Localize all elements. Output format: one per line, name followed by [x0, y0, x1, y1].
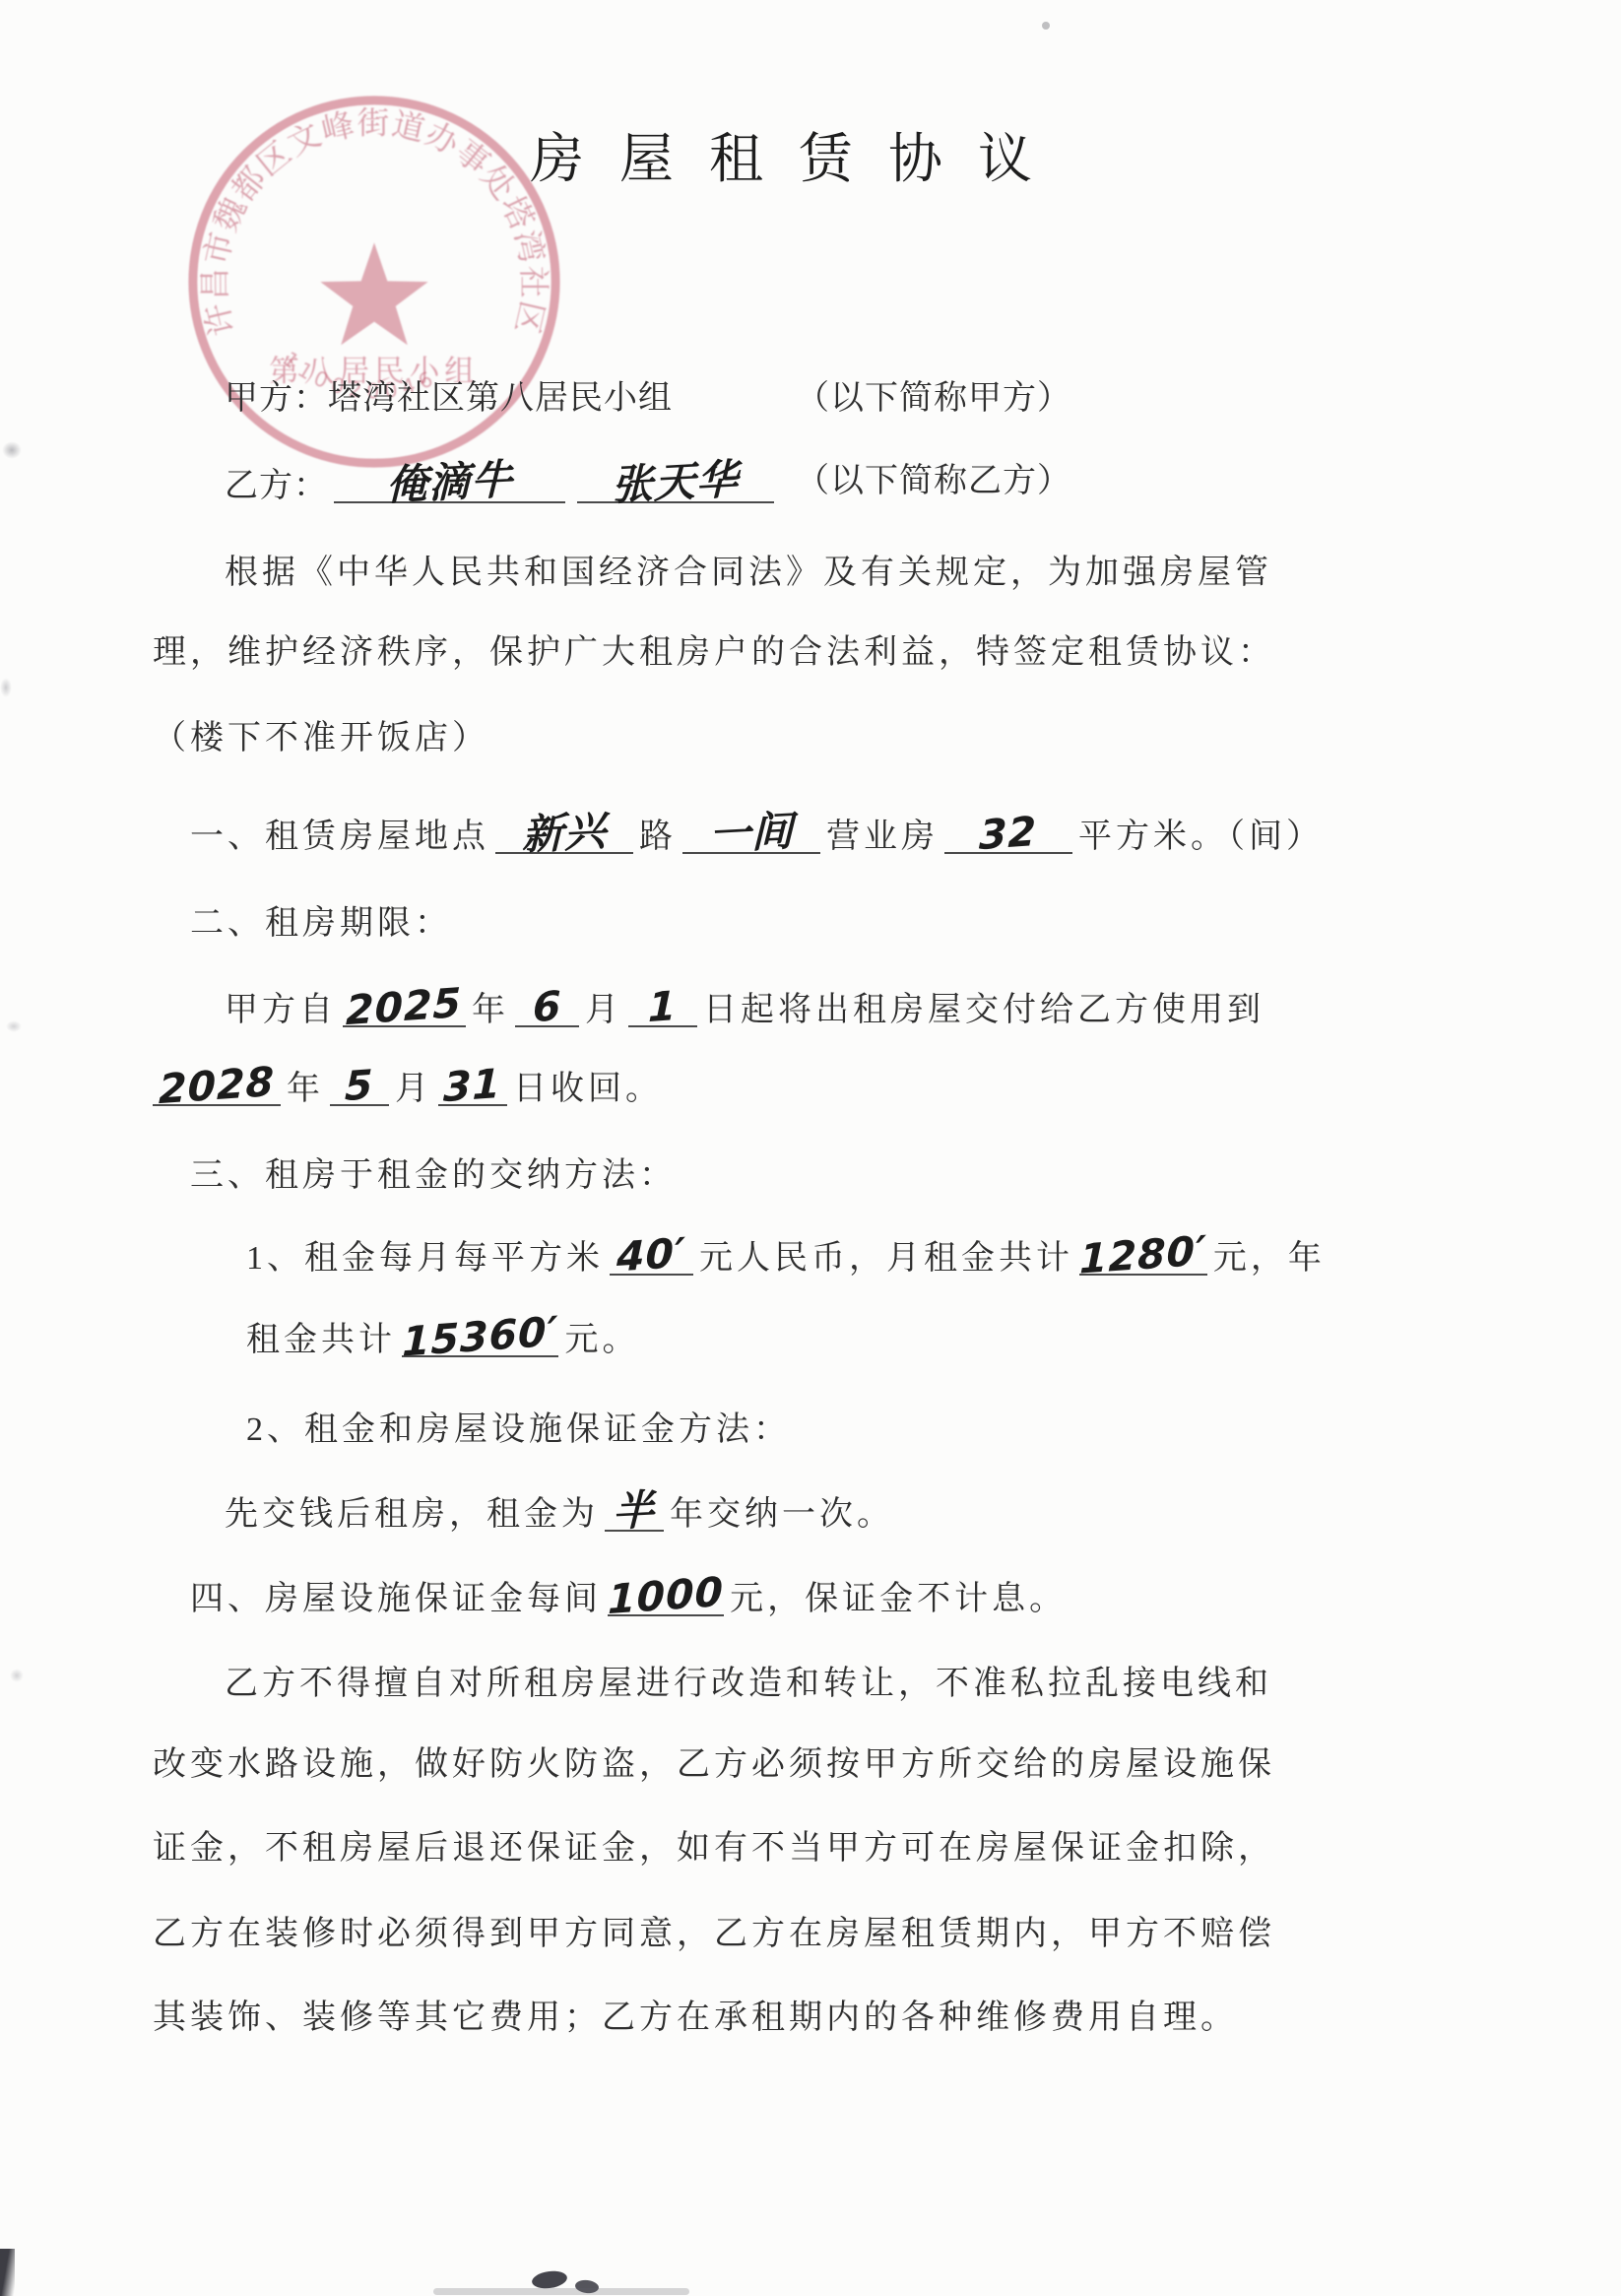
item-2-prefix: 先交钱后租房，租金为	[225, 1496, 599, 1533]
clause-1-suffix: 平方米。（间）	[1078, 819, 1324, 855]
scan-artifact	[574, 2279, 599, 2294]
end-year-label: 年	[287, 1071, 324, 1107]
clause-1-line: 一、租赁房屋地点新兴路一间营业房32平方米。（间）	[190, 816, 1324, 854]
preamble-line-2: 理，维护经济秩序，保护广大租房户的合法利益，特签定租赁协议：	[153, 636, 1275, 670]
preamble-line-1: 根据《中华人民共和国经济合同法》及有关规定，为加强房屋管	[225, 557, 1272, 590]
end-month-value: 5	[345, 1068, 374, 1104]
rooms-field: 一间	[682, 816, 820, 854]
scan-artifact	[6, 1020, 22, 1032]
party-a-line: 甲方：塔湾社区第八居民小组 （以下简称甲方）	[225, 382, 673, 416]
clause-3-item-1-line-1: 1、租金每月每平方米40′元人民币，月租金共计1280′元，年	[246, 1238, 1326, 1276]
preamble-note: （楼下不准开饭店）	[153, 722, 489, 755]
area-value: 32	[979, 815, 1038, 853]
street-value: 新兴	[522, 814, 607, 853]
clause-2-line-1: 甲方自2025年6月1日起将出租房屋交付给乙方使用到	[225, 990, 1264, 1027]
start-day-field: 1	[628, 990, 697, 1027]
clause-2-line-2: 2028年5月31日收回。	[153, 1069, 663, 1106]
scan-artifact	[10, 1669, 24, 1682]
start-year-label: 年	[472, 992, 509, 1028]
body-line: 乙方在装修时必须得到甲方同意，乙方在房屋租赁期内，甲方不赔偿	[153, 1918, 1275, 1951]
yearly-rent-field: 15360′	[402, 1320, 558, 1357]
seal-star-icon	[320, 242, 427, 345]
start-year-field: 2025	[343, 990, 466, 1027]
contract-page: 许昌市魏都区文峰街道办事处塔湾社区居民委员会 第八居民小组 110020046 …	[0, 0, 1621, 2296]
clause-1-mid: 营业房	[826, 819, 939, 855]
item-1-suffix: 元，年	[1213, 1240, 1326, 1277]
clause-4-line: 四、房屋设施保证金每间1000元，保证金不计息。	[190, 1579, 1067, 1616]
clause-4-suffix: 元，保证金不计息。	[730, 1581, 1067, 1617]
start-day-value: 1	[648, 989, 678, 1025]
deposit-field: 1000	[608, 1579, 724, 1616]
monthly-rent-value: 1280′	[1079, 1233, 1207, 1277]
scan-artifact	[1042, 22, 1050, 30]
end-year-field: 2028	[153, 1069, 281, 1106]
scan-artifact	[0, 2249, 15, 2296]
rate-value: 40′	[616, 1235, 686, 1275]
party-a-alias-note: （以下简称甲方）	[796, 382, 1071, 416]
deposit-value: 1000	[608, 1575, 724, 1617]
body-line: 乙方不得擅自对所租房屋进行改造和转让，不准私拉乱接电线和	[225, 1668, 1272, 1701]
end-year-value: 2028	[159, 1065, 275, 1107]
monthly-rent-field: 1280′	[1079, 1238, 1207, 1276]
area-field: 32	[944, 817, 1072, 854]
end-month-field: 5	[330, 1069, 389, 1106]
document-title: 房屋租赁协议	[530, 132, 1068, 186]
yearly-rent-value: 15360′	[402, 1314, 559, 1359]
clause-2-end-suffix: 日收回。	[513, 1071, 663, 1107]
party-a-name: 塔湾社区第八居民小组	[328, 380, 673, 417]
item-1-prefix: 1、租金每月每平方米	[246, 1240, 604, 1277]
street-field: 新兴	[495, 816, 633, 854]
scan-artifact	[531, 2269, 568, 2291]
party-b-name-2: 张天华	[613, 462, 740, 503]
party-b-label: 乙方：	[225, 468, 328, 504]
clause-4-prefix: 四、房屋设施保证金每间	[190, 1581, 602, 1617]
start-year-value: 2025	[346, 986, 462, 1028]
start-month-label: 月	[585, 992, 622, 1028]
start-month-field: 6	[515, 990, 579, 1027]
item-1-line2-suffix: 元。	[564, 1322, 639, 1358]
body-line: 改变水路设施，做好防火防盗，乙方必须按甲方所交给的房屋设施保	[153, 1748, 1275, 1782]
end-month-label: 月	[395, 1071, 432, 1107]
body-line: 其装饰、装修等其它费用；乙方在承租期内的各种维修费用自理。	[153, 2001, 1238, 2035]
item-2-suffix: 年交纳一次。	[670, 1496, 894, 1533]
item-1-mid: 元人民币，月租金共计	[699, 1240, 1073, 1277]
rooms-value: 一间	[709, 814, 794, 853]
body-line: 证金，不租房屋后退还保证金，如有不当甲方可在房屋保证金扣除，	[153, 1832, 1275, 1866]
party-b-alias-note: （以下简称乙方）	[796, 465, 1071, 498]
party-b-name-1: 俺滴牛	[386, 462, 513, 503]
scan-artifact	[2, 441, 22, 459]
clause-2-start-prefix: 甲方自	[225, 992, 337, 1028]
start-month-value: 6	[532, 989, 561, 1025]
clause-3-item-2-heading: 2、租金和房屋设施保证金方法：	[246, 1413, 791, 1447]
party-b-name-1-field: 俺滴牛	[334, 465, 565, 503]
rate-field: 40′	[610, 1238, 693, 1276]
pay-period-value: 半	[614, 1492, 656, 1530]
official-seal: 许昌市魏都区文峰街道办事处塔湾社区居民委员会 第八居民小组 110020046	[179, 87, 569, 477]
clause-3-heading: 三、租房于租金的交纳方法：	[190, 1159, 677, 1193]
party-b-line: 乙方：俺滴牛张天华 （以下简称乙方）	[225, 465, 780, 503]
item-1-line2-prefix: 租金共计	[246, 1322, 396, 1358]
clause-1-prefix: 一、租赁房屋地点	[190, 819, 489, 855]
pay-period-field: 半	[605, 1493, 664, 1532]
end-day-field: 31	[438, 1069, 507, 1106]
party-a-label: 甲方：	[225, 380, 328, 417]
clause-3-item-1-line-2: 租金共计15360′元。	[246, 1320, 639, 1357]
party-b-name-2-field: 张天华	[577, 465, 774, 503]
road-label: 路	[639, 819, 677, 855]
scan-artifact	[0, 678, 12, 697]
clause-3-item-2-line: 先交钱后租房，租金为半年交纳一次。	[225, 1493, 894, 1532]
end-day-value: 31	[443, 1067, 502, 1105]
scan-artifact	[433, 2288, 689, 2295]
clause-2-heading: 二、租房期限：	[190, 907, 452, 941]
clause-2-start-suffix: 日起将出租房屋交付给乙方使用到	[703, 992, 1264, 1028]
